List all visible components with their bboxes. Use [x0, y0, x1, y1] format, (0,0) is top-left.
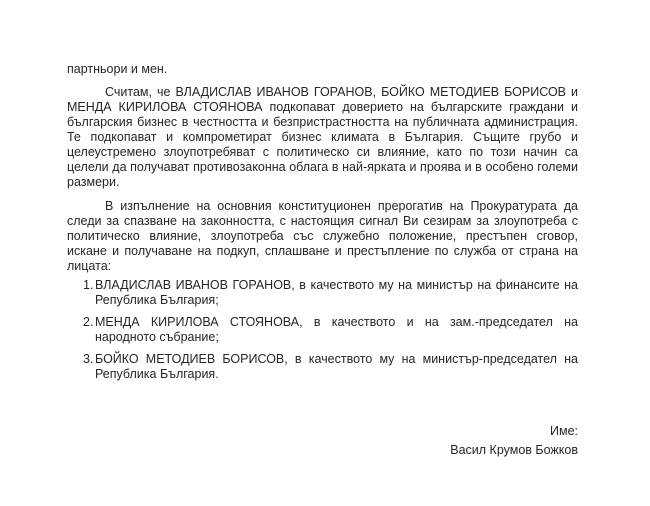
- signature-block: Име: Васил Крумов Божков: [67, 422, 578, 460]
- signature-name: Васил Крумов Божков: [67, 441, 578, 460]
- paragraph-accusation: Считам, че ВЛАДИСЛАВ ИВАНОВ ГОРАНОВ, БОЙ…: [67, 85, 578, 190]
- person-list-item: 2. МЕНДА КИРИЛОВА СТОЯНОВА, в качеството…: [83, 315, 578, 345]
- document-content: партньори и мен. Считам, че ВЛАДИСЛАВ ИВ…: [67, 62, 578, 460]
- person-list-item: 1. ВЛАДИСЛАВ ИВАНОВ ГОРАНОВ, в качествот…: [83, 278, 578, 308]
- list-item-text: БОЙКО МЕТОДИЕВ БОРИСОВ, в качеството му …: [95, 352, 578, 382]
- list-item-number: 3.: [83, 352, 95, 382]
- signature-label: Име:: [67, 422, 578, 441]
- person-list-item: 3. БОЙКО МЕТОДИЕВ БОРИСОВ, в качеството …: [83, 352, 578, 382]
- list-item-number: 2.: [83, 315, 95, 345]
- paragraph-continuation: партньори и мен.: [67, 62, 578, 77]
- document-page: партньори и мен. Считам, че ВЛАДИСЛАВ ИВ…: [0, 0, 650, 506]
- list-item-text: ВЛАДИСЛАВ ИВАНОВ ГОРАНОВ, в качеството м…: [95, 278, 578, 308]
- list-item-number: 1.: [83, 278, 95, 308]
- persons-list: 1. ВЛАДИСЛАВ ИВАНОВ ГОРАНОВ, в качествот…: [67, 278, 578, 382]
- list-item-text: МЕНДА КИРИЛОВА СТОЯНОВА, в качеството и …: [95, 315, 578, 345]
- paragraph-legal-grounds: В изпълнение на основния конституционен …: [67, 199, 578, 274]
